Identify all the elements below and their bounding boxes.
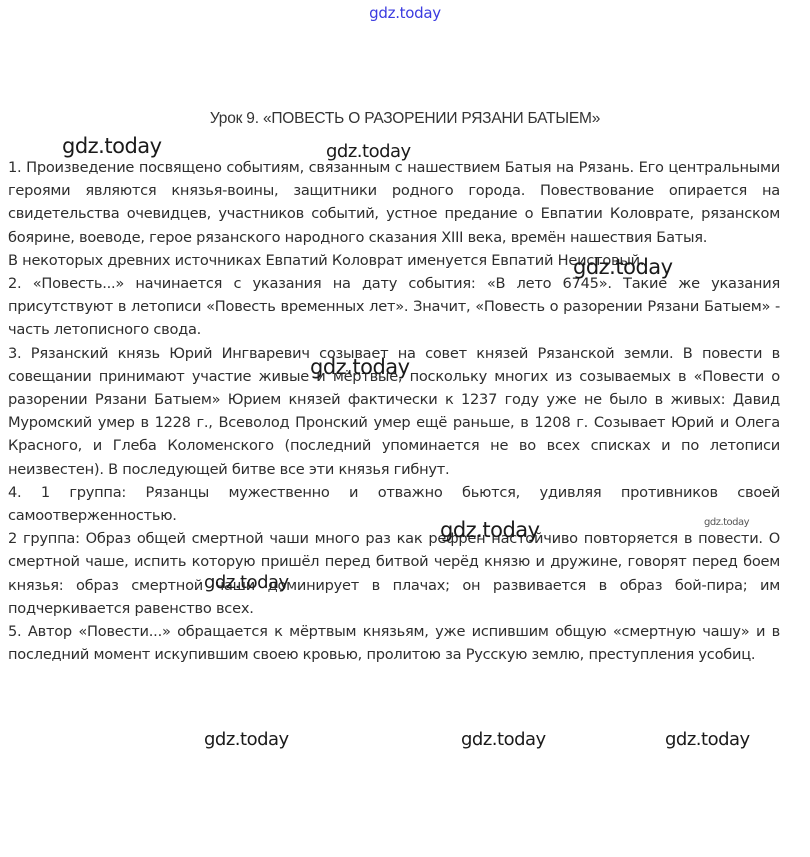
paragraph-5: 5. Автор «Повести...» обращается к мёртв… bbox=[8, 620, 780, 666]
paragraph-3: 3. Рязанский князь Юрий Ингваревич созыв… bbox=[8, 342, 780, 481]
paragraph-4-group-1: 4. 1 группа: Рязанцы мужественно и отваж… bbox=[8, 481, 780, 527]
watermark: gdz.today bbox=[665, 729, 750, 750]
paragraph-1: 1. Произведение посвящено событиям, связ… bbox=[8, 156, 780, 249]
watermark: gdz.today bbox=[461, 729, 546, 750]
lesson-title: Урок 9. «ПОВЕСТЬ О РАЗОРЕНИИ РЯЗАНИ БАТЫ… bbox=[0, 110, 810, 128]
paragraph-1-note: В некоторых древних источниках Евпатий К… bbox=[8, 249, 780, 272]
answer-text: 1. Произведение посвящено событиям, связ… bbox=[8, 156, 780, 666]
watermark: gdz.today bbox=[62, 134, 162, 158]
paragraph-4-group-2: 2 группа: Образ общей смертной чаши мног… bbox=[8, 527, 780, 620]
watermark: gdz.today bbox=[204, 729, 289, 750]
paragraph-2: 2. «Повесть...» начинается с указания на… bbox=[8, 272, 780, 342]
site-watermark-top: gdz.today bbox=[0, 4, 810, 22]
